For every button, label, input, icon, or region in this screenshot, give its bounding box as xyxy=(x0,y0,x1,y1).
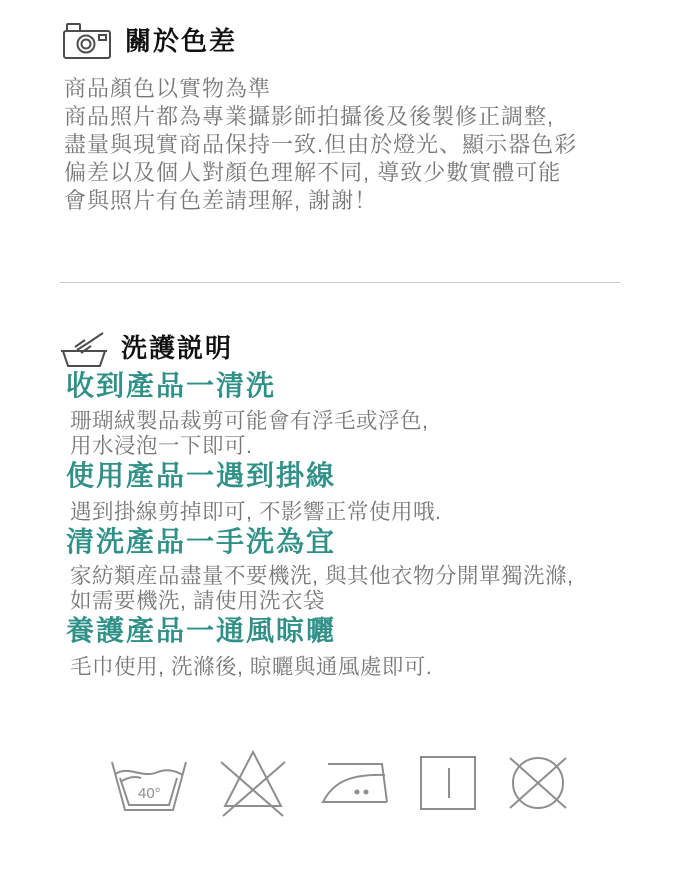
care-item-text: 遇到掛線剪掉即可, 不影響正常使用哦. xyxy=(70,500,680,525)
laundry-symbols-row: 40° xyxy=(108,746,680,820)
wash-40-degrees-icon: 40° xyxy=(108,750,190,816)
product-detail-page: 關於色差 商品顏色以實物為準 商品照片都為專業攝影師拍攝後及後製修正調整, 盡量… xyxy=(0,0,680,874)
care-item-use: 使用產品一遇到掛線 遇到掛線剪掉即可, 不影響正常使用哦. xyxy=(0,459,680,525)
drip-dry-icon xyxy=(418,754,478,812)
care-section-title: 洗護説明 xyxy=(121,329,233,367)
care-section-header: 洗護説明 xyxy=(60,327,680,369)
care-item-receive: 收到產品一清洗 珊瑚絨製品裁剪可能會有浮毛或浮色, 用水浸泡一下即可. xyxy=(0,369,680,459)
svg-text:40°: 40° xyxy=(138,785,161,802)
care-item-heading: 清洗產品一手洗為宜 xyxy=(66,525,680,558)
care-item-heading: 使用產品一遇到掛線 xyxy=(66,459,680,492)
hand-wash-icon xyxy=(60,327,108,369)
care-item-text: 家紡類産品盡量不要機洗, 與其他衣物分開單獨洗滌, 如需要機洗, 請使用洗衣袋 xyxy=(70,564,680,614)
iron-medium-heat-icon xyxy=(316,754,394,812)
color-section-title: 關於色差 xyxy=(125,22,237,60)
do-not-bleach-icon xyxy=(214,746,292,820)
care-item-text: 珊瑚絨製品裁剪可能會有浮毛或浮色, 用水浸泡一下即可. xyxy=(70,409,680,459)
color-difference-section: 關於色差 商品顏色以實物為準 商品照片都為專業攝影師拍攝後及後製修正調整, 盡量… xyxy=(0,22,680,215)
care-item-text: 毛巾使用, 洗滌後, 晾曬與通風處即可. xyxy=(70,655,680,680)
color-section-header: 關於色差 xyxy=(62,22,680,60)
care-item-maintain: 養護產品一通風晾曬 毛巾使用, 洗滌後, 晾曬與通風處即可. xyxy=(0,614,680,680)
do-not-dry-clean-icon xyxy=(502,750,574,816)
section-divider xyxy=(60,282,620,283)
care-instructions-section: 洗護説明 收到產品一清洗 珊瑚絨製品裁剪可能會有浮毛或浮色, 用水浸泡一下即可.… xyxy=(0,327,680,820)
color-section-text: 商品顏色以實物為準 商品照片都為專業攝影師拍攝後及後製修正調整, 盡量與現實商品… xyxy=(64,75,680,215)
camera-icon xyxy=(62,22,112,60)
care-item-wash: 清洗產品一手洗為宜 家紡類産品盡量不要機洗, 與其他衣物分開單獨洗滌, 如需要機… xyxy=(0,525,680,614)
care-item-heading: 收到產品一清洗 xyxy=(66,369,680,402)
care-item-heading: 養護產品一通風晾曬 xyxy=(66,614,680,647)
